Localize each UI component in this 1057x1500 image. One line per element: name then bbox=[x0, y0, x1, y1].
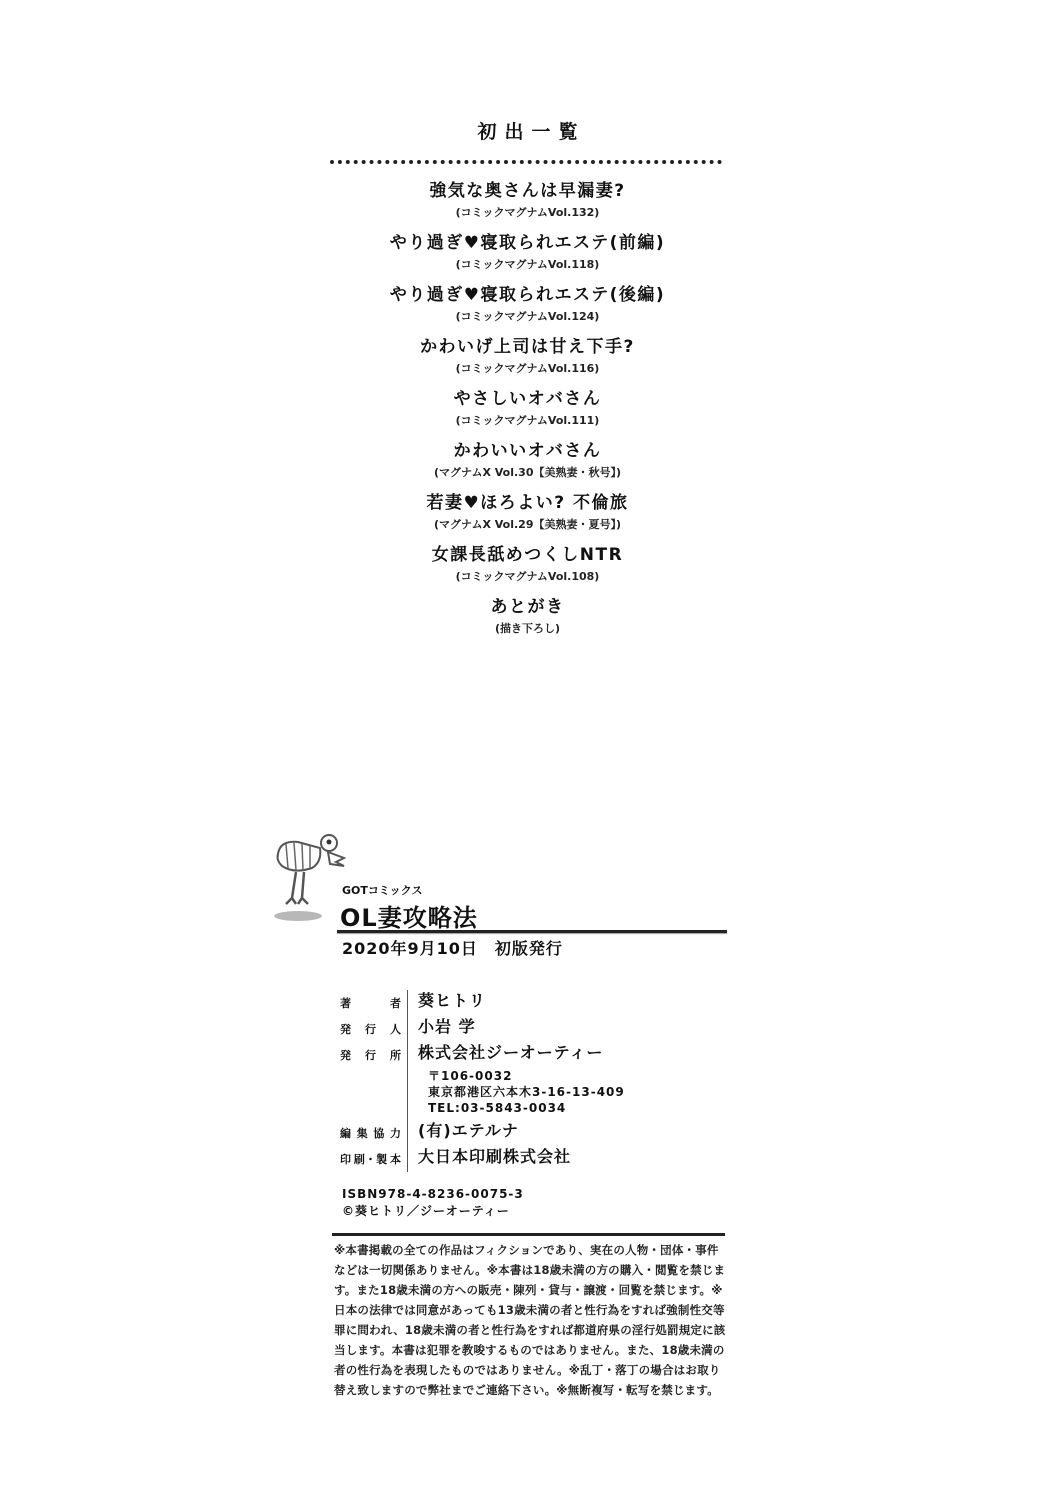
entry-source: (コミックマグナムVol.108) bbox=[330, 569, 725, 585]
copyright: ©葵ヒトリ／ジーオーティー bbox=[342, 1203, 524, 1220]
credits-table: 著 者 葵ヒトリ 発行人 小岩 学 発行所 株式会社ジーオーティー 〒106-0… bbox=[340, 990, 625, 1172]
entry-title: あとがき bbox=[330, 594, 725, 621]
entry-title: 強気な奥さんは早漏妻? bbox=[330, 178, 725, 205]
list-item: かわいいオバさん (マグナムX Vol.30【美熟妻・秋号】) bbox=[330, 438, 725, 490]
isbn: ISBN978-4-8236-0075-3 bbox=[342, 1186, 524, 1203]
entry-title: かわいいオバさん bbox=[330, 438, 725, 465]
entry-source: (コミックマグナムVol.116) bbox=[330, 361, 725, 377]
publication-date: 2020年9月10日 初版発行 bbox=[342, 936, 563, 959]
series-label: GOTコミックス bbox=[342, 882, 423, 898]
list-item: 若妻♥ほろよい? 不倫旅 (マグナムX Vol.29【美熟妻・夏号】) bbox=[330, 490, 725, 542]
list-item: かわいげ上司は甘え下手? (コミックマグナムVol.116) bbox=[330, 334, 725, 386]
entry-source: (マグナムX Vol.30【美熟妻・秋号】) bbox=[330, 465, 725, 481]
column-divider bbox=[407, 1146, 408, 1172]
entry-source: (マグナムX Vol.29【美熟妻・夏号】) bbox=[330, 517, 725, 533]
disclaimer-text: ※本書掲載の全ての作品はフィクションであり、実在の人物・団体・事件などは一切関係… bbox=[334, 1240, 726, 1400]
entry-title: かわいげ上司は甘え下手? bbox=[330, 334, 725, 361]
entry-title: やさしいオバさん bbox=[330, 386, 725, 413]
list-heading: 初出一覧 bbox=[338, 118, 725, 146]
credit-label: 発行所 bbox=[340, 1042, 403, 1120]
credit-row-publisher-person: 発行人 小岩 学 bbox=[340, 1016, 625, 1042]
postal-code: 〒106-0032 bbox=[428, 1068, 625, 1084]
credit-value: (有)エテルナ bbox=[418, 1120, 519, 1146]
credit-label: 発行人 bbox=[340, 1016, 403, 1042]
footer-divider bbox=[332, 1233, 725, 1236]
credit-value: 大日本印刷株式会社 bbox=[418, 1146, 571, 1172]
credit-row-publisher: 発行所 株式会社ジーオーティー 〒106-0032 東京都港区六本木3-16-1… bbox=[340, 1042, 625, 1120]
isbn-block: ISBN978-4-8236-0075-3 ©葵ヒトリ／ジーオーティー bbox=[342, 1186, 524, 1220]
book-title: OL妻攻略法 bbox=[340, 898, 478, 933]
credit-label: 印刷･製本 bbox=[340, 1146, 403, 1172]
entry-source: (コミックマグナムVol.118) bbox=[330, 257, 725, 273]
entry-title: 女課長舐めつくしNTR bbox=[330, 542, 725, 569]
list-item: やさしいオバさん (コミックマグナムVol.111) bbox=[330, 386, 725, 438]
entry-title: やり過ぎ♥寝取られエステ(後編) bbox=[330, 282, 725, 309]
credit-row-author: 著 者 葵ヒトリ bbox=[340, 990, 625, 1016]
credit-value: 葵ヒトリ bbox=[418, 990, 486, 1016]
dotted-divider bbox=[330, 156, 722, 164]
entry-list: 強気な奥さんは早漏妻? (コミックマグナムVol.132) やり過ぎ♥寝取られエ… bbox=[330, 178, 725, 646]
entry-source: (コミックマグナムVol.111) bbox=[330, 413, 725, 429]
entry-source: (コミックマグナムVol.124) bbox=[330, 309, 725, 325]
list-item: やり過ぎ♥寝取られエステ(後編) (コミックマグナムVol.124) bbox=[330, 282, 725, 334]
column-divider bbox=[407, 1016, 408, 1042]
credit-value: 小岩 学 bbox=[418, 1016, 476, 1042]
column-divider bbox=[407, 1042, 408, 1120]
entry-title: やり過ぎ♥寝取られエステ(前編) bbox=[330, 230, 725, 257]
street-address: 東京都港区六本木3-16-13-409 bbox=[428, 1084, 625, 1100]
credit-label: 編集協力 bbox=[340, 1120, 403, 1146]
list-item: 女課長舐めつくしNTR (コミックマグナムVol.108) bbox=[330, 542, 725, 594]
credit-row-editorial: 編集協力 (有)エテルナ bbox=[340, 1120, 625, 1146]
credit-row-printing: 印刷･製本 大日本印刷株式会社 bbox=[340, 1146, 625, 1172]
first-appearance-list: 初出一覧 強気な奥さんは早漏妻? (コミックマグナムVol.132) やり過ぎ♥… bbox=[330, 118, 725, 646]
title-divider bbox=[337, 930, 727, 933]
column-divider bbox=[407, 1120, 408, 1146]
list-item: あとがき (描き下ろし) bbox=[330, 594, 725, 646]
entry-source: (描き下ろし) bbox=[330, 621, 725, 637]
list-item: やり過ぎ♥寝取られエステ(前編) (コミックマグナムVol.118) bbox=[330, 230, 725, 282]
column-divider bbox=[407, 990, 408, 1016]
list-item: 強気な奥さんは早漏妻? (コミックマグナムVol.132) bbox=[330, 178, 725, 230]
entry-title: 若妻♥ほろよい? 不倫旅 bbox=[330, 490, 725, 517]
entry-source: (コミックマグナムVol.132) bbox=[330, 205, 725, 221]
credit-label: 著 者 bbox=[340, 990, 403, 1016]
credit-value: 株式会社ジーオーティー bbox=[418, 1042, 625, 1068]
bird-icon bbox=[270, 832, 350, 924]
telephone: TEL:03-5843-0034 bbox=[428, 1100, 625, 1120]
